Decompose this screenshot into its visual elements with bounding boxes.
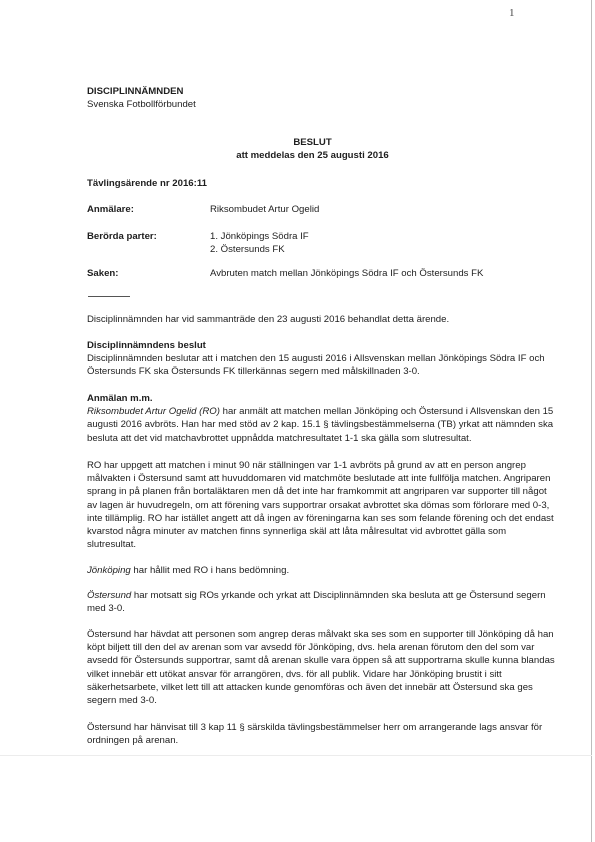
paragraph-body: har hållit med RO i hans bedömning.: [131, 565, 289, 576]
paragraph-intro: Disciplinnämnden har vid sammanträde den…: [87, 313, 557, 326]
paragraph-text: Östersund har hänvisat till 3 kap 11 § s…: [87, 721, 557, 747]
paragraph-text: Östersund har hävdat att personen som an…: [87, 628, 557, 707]
paragraph-text: Riksombudet Artur Ogelid (RO) har anmält…: [87, 405, 557, 445]
organization-header: DISCIPLINNÄMNDEN Svenska Fotbollförbunde…: [87, 85, 196, 111]
case-number: Tävlingsärende nr 2016:11: [87, 177, 207, 190]
page-edge-right: [591, 0, 592, 842]
meta-value: Riksombudet Artur Ogelid: [210, 203, 319, 216]
title-sub: att meddelas den 25 augusti 2016: [30, 149, 595, 162]
meta-label: Anmälare:: [87, 203, 210, 216]
title-main: BESLUT: [30, 136, 595, 149]
meta-row-berorda-parter: Berörda parter: 1. Jönköpings Södra IF 2…: [87, 230, 557, 256]
paragraph-text: Östersund har motsatt sig ROs yrkande oc…: [87, 589, 557, 615]
paragraph-body: har motsatt sig ROs yrkande och yrkat at…: [87, 590, 546, 614]
separator-line: [88, 296, 130, 297]
page-edge-bottom: [0, 755, 592, 756]
meta-value: Avbruten match mellan Jönköpings Södra I…: [210, 267, 483, 280]
section-heading: Anmälan m.m.: [87, 392, 557, 405]
paragraph-text: Disciplinnämnden har vid sammanträde den…: [87, 313, 557, 326]
meta-row-anmalare: Anmälare: Riksombudet Artur Ogelid: [87, 203, 557, 216]
party-item: 2. Östersunds FK: [210, 243, 309, 256]
section-heading: Disciplinnämndens beslut: [87, 339, 557, 352]
meta-label: Saken:: [87, 267, 210, 280]
organization-sub: Svenska Fotbollförbundet: [87, 98, 196, 111]
document-title: BESLUT att meddelas den 25 augusti 2016: [0, 136, 595, 162]
meta-value-list: 1. Jönköpings Södra IF 2. Östersunds FK: [210, 230, 309, 256]
meta-label: Berörda parter:: [87, 230, 210, 256]
italic-lead: Jönköping: [87, 565, 131, 576]
italic-lead: Riksombudet Artur Ogelid (RO): [87, 406, 220, 417]
party-item: 1. Jönköpings Södra IF: [210, 230, 309, 243]
paragraph-ostersund-claim: Östersund har hävdat att personen som an…: [87, 628, 557, 707]
section-anmalan: Anmälan m.m. Riksombudet Artur Ogelid (R…: [87, 392, 557, 445]
paragraph-text: Jönköping har hållit med RO i hans bedöm…: [87, 564, 557, 577]
paragraph-ostersund-reference: Östersund har hänvisat till 3 kap 11 § s…: [87, 721, 557, 747]
italic-lead: Östersund: [87, 590, 131, 601]
paragraph-text: Disciplinnämnden beslutar att i matchen …: [87, 352, 557, 378]
page-number: 1: [509, 7, 515, 20]
section-beslut: Disciplinnämndens beslut Disciplinnämnde…: [87, 339, 557, 379]
paragraph-ro: RO har uppgett att matchen i minut 90 nä…: [87, 459, 557, 551]
meta-row-saken: Saken: Avbruten match mellan Jönköpings …: [87, 267, 557, 280]
paragraph-text: RO har uppgett att matchen i minut 90 nä…: [87, 459, 557, 551]
organization-name: DISCIPLINNÄMNDEN: [87, 85, 196, 98]
paragraph-jonkoping: Jönköping har hållit med RO i hans bedöm…: [87, 564, 557, 577]
paragraph-ostersund: Östersund har motsatt sig ROs yrkande oc…: [87, 589, 557, 615]
